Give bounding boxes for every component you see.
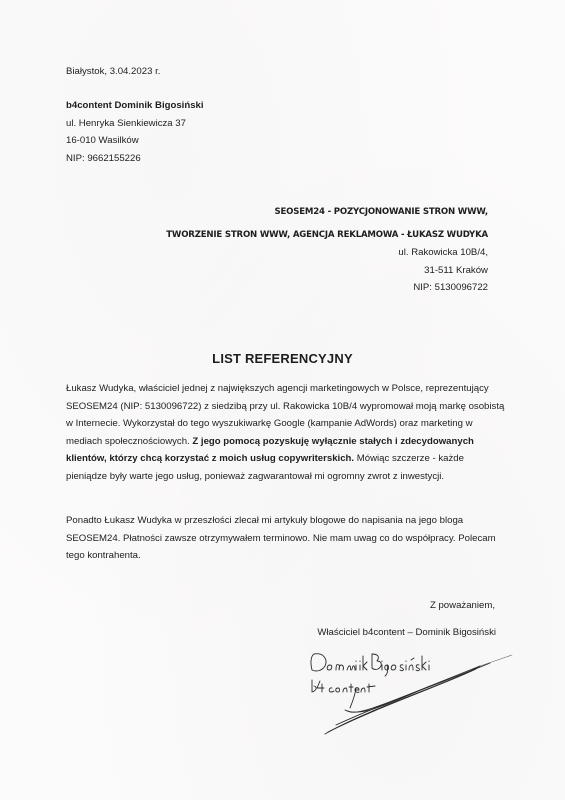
sender-street: ul. Henryka Sienkiewicza 37 [66,115,204,133]
signer-line: Właściciel b4content – Dominik Bigosińsk… [317,627,496,638]
recipient-line-1: SEOSEM24 - POZYCJONOWANIE STRON WWW, [166,204,488,222]
recipient-city: 31-511 Kraków [166,262,488,280]
sender-nip: NIP: 9662155226 [66,150,204,168]
recipient-block: SEOSEM24 - POZYCJONOWANIE STRON WWW, TWO… [166,204,488,297]
recipient-nip: NIP: 5130096722 [166,279,488,297]
handwritten-signature [300,648,530,748]
sender-block: b4content Dominik Bigosiński ul. Henryka… [66,97,204,167]
body-paragraph-2: Ponadto Łukasz Wudyka w przeszłości zlec… [66,512,506,565]
recipient-line-2: TWORZENIE STRON WWW, AGENCJA REKLAMOWA -… [166,227,488,245]
closing-text: Z poważaniem, [430,600,495,611]
letter-title: LIST REFERENCYJNY [0,351,565,366]
recipient-street: ul. Rakowicka 10B/4, [166,244,488,262]
sender-city: 16-010 Wasilków [66,132,204,150]
body-paragraph-1: Łukasz Wudyka, właściciel jednej z najwi… [66,380,506,485]
letter-page: Białystok, 3.04.2023 r. b4content Domini… [0,0,565,800]
place-date: Białystok, 3.04.2023 r. [66,66,160,77]
sender-name: b4content Dominik Bigosiński [66,97,204,115]
